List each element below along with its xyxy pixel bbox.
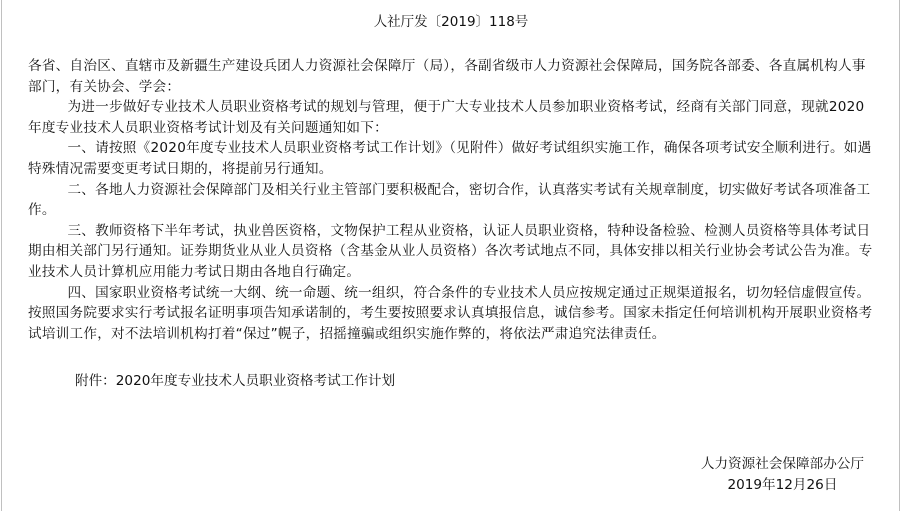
- right-border-divider: [899, 0, 900, 511]
- document-body: 各省、自治区、直辖市及新疆生产建设兵团人力资源社会保障厅（局），各副省级市人力资…: [28, 56, 873, 344]
- section-4-paragraph: 四、国家职业资格考试统一大纲、统一命题、统一组织，符合条件的专业技术人员应按规定…: [28, 283, 873, 345]
- document-number: 人社厅发〔2019〕118号: [0, 12, 902, 32]
- section-2-paragraph: 二、各地人力资源社会保障部门及相关行业主管部门要积极配合，密切合作，认真落实考试…: [28, 180, 873, 221]
- attachment-line: 附件：2020年度专业技术人员职业资格考试工作计划: [75, 371, 395, 391]
- section-1-paragraph: 一、请按照《2020年度专业技术人员职业资格考试工作计划》（见附件）做好考试组织…: [28, 138, 873, 179]
- issuer-name: 人力资源社会保障部办公厅: [701, 454, 864, 475]
- salutation: 各省、自治区、直辖市及新疆生产建设兵团人力资源社会保障厅（局），各副省级市人力资…: [28, 56, 873, 97]
- section-3-paragraph: 三、教师资格下半年考试，执业兽医资格，文物保护工程从业资格，认证人员职业资格，特…: [28, 221, 873, 283]
- intro-paragraph: 为进一步做好专业技术人员职业资格考试的规划与管理，便于广大专业技术人员参加职业资…: [28, 97, 873, 138]
- document-page: 人社厅发〔2019〕118号 各省、自治区、直辖市及新疆生产建设兵团人力资源社会…: [0, 0, 902, 511]
- left-border-divider: [1, 0, 2, 511]
- issue-date: 2019年12月26日: [701, 475, 864, 496]
- signature-block: 人力资源社会保障部办公厅 2019年12月26日: [701, 454, 864, 496]
